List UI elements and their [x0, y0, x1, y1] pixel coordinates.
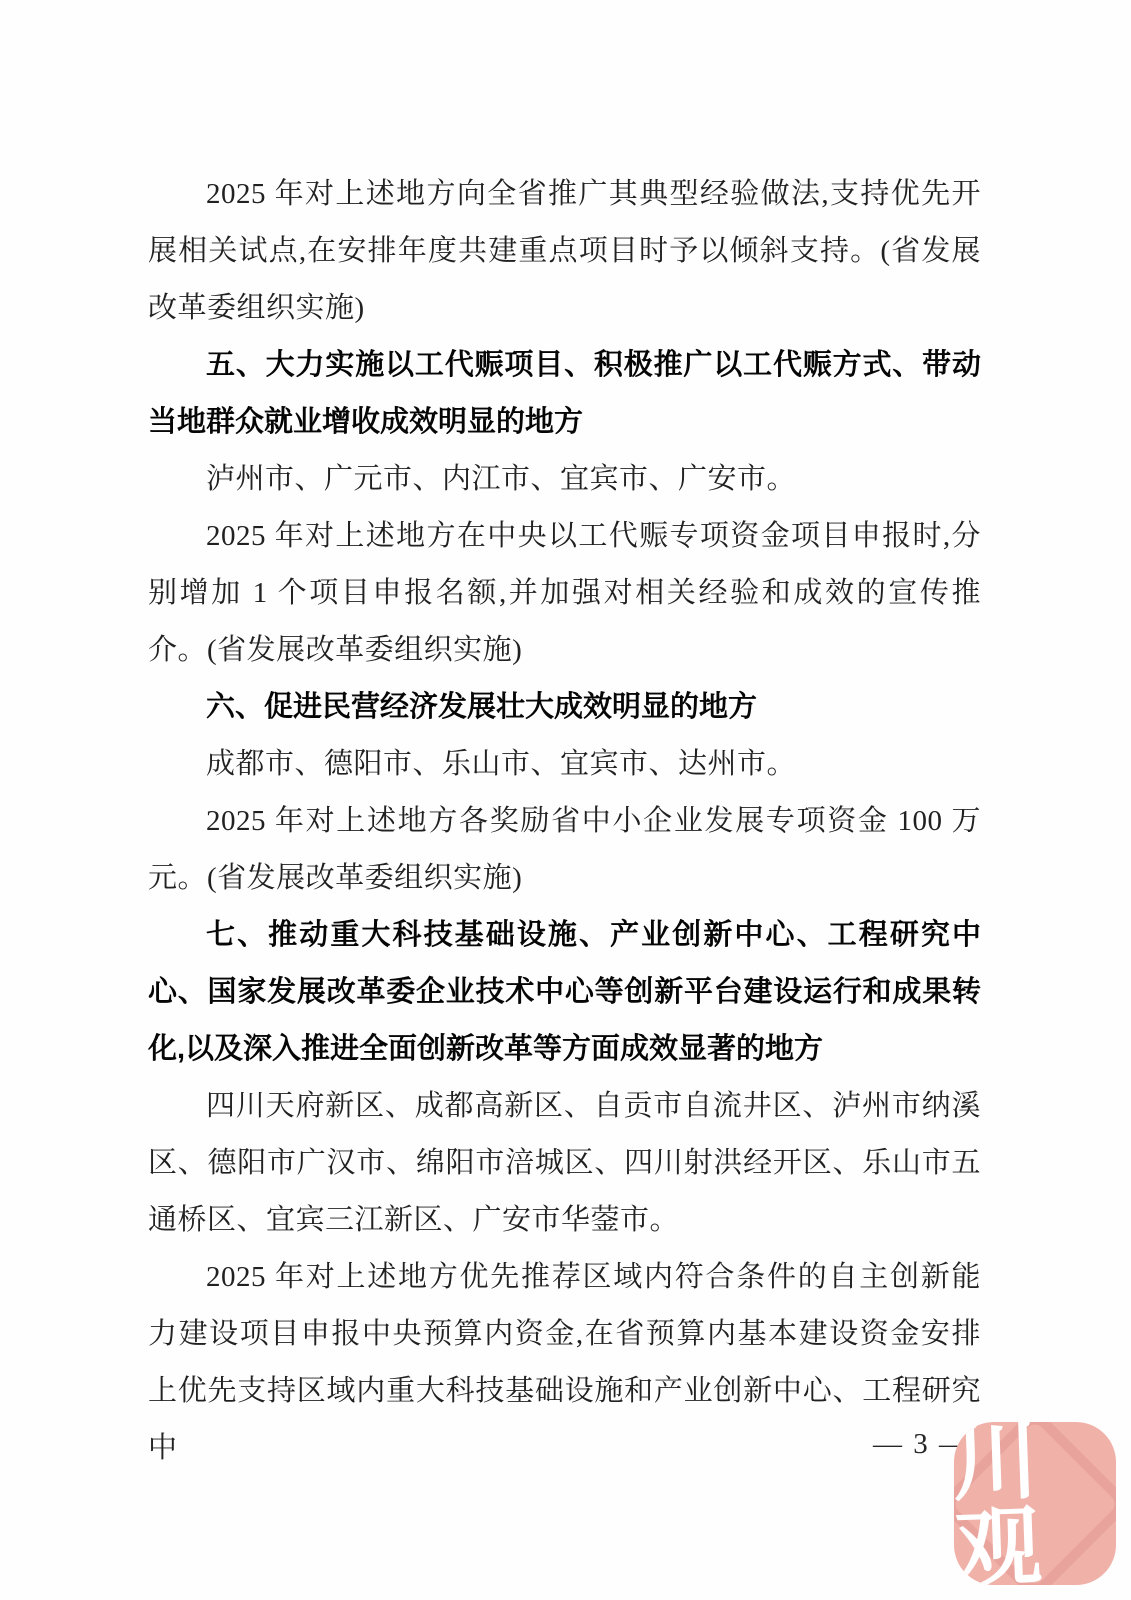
body-paragraph: 四川天府新区、成都高新区、自贡市自流井区、泸州市纳溪区、德阳市广汉市、绵阳市涪城… — [148, 1078, 981, 1249]
body-paragraph: 成都市、德阳市、乐山市、宜宾市、达州市。 — [148, 736, 981, 793]
watermark-logo-text: 川观 — [954, 1422, 1116, 1585]
body-paragraph: 泸州市、广元市、内江市、宜宾市、广安市。 — [148, 451, 981, 508]
document-body: 2025 年对上述地方向全省推广其典型经验做法,支持优先开展相关试点,在安排年度… — [148, 166, 981, 1477]
section-heading: 五、大力实施以工代赈项目、积极推广以工代赈方式、带动当地群众就业增收成效明显的地… — [148, 337, 981, 451]
chuanguan-watermark-logo: 川观 — [954, 1422, 1116, 1585]
section-heading: 七、推动重大科技基础设施、产业创新中心、工程研究中心、国家发展改革委企业技术中心… — [148, 907, 981, 1078]
section-heading: 六、促进民营经济发展壮大成效明显的地方 — [148, 679, 981, 736]
body-paragraph: 2025 年对上述地方各奖励省中小企业发展专项资金 100 万元。(省发展改革委… — [148, 793, 981, 907]
body-paragraph: 2025 年对上述地方优先推荐区域内符合条件的自主创新能力建设项目申报中央预算内… — [148, 1249, 981, 1477]
body-paragraph: 2025 年对上述地方向全省推广其典型经验做法,支持优先开展相关试点,在安排年度… — [148, 166, 981, 337]
document-page: 2025 年对上述地方向全省推广其典型经验做法,支持优先开展相关试点,在安排年度… — [0, 0, 1131, 1600]
body-paragraph: 2025 年对上述地方在中央以工代赈专项资金项目申报时,分别增加 1 个项目申报… — [148, 508, 981, 679]
